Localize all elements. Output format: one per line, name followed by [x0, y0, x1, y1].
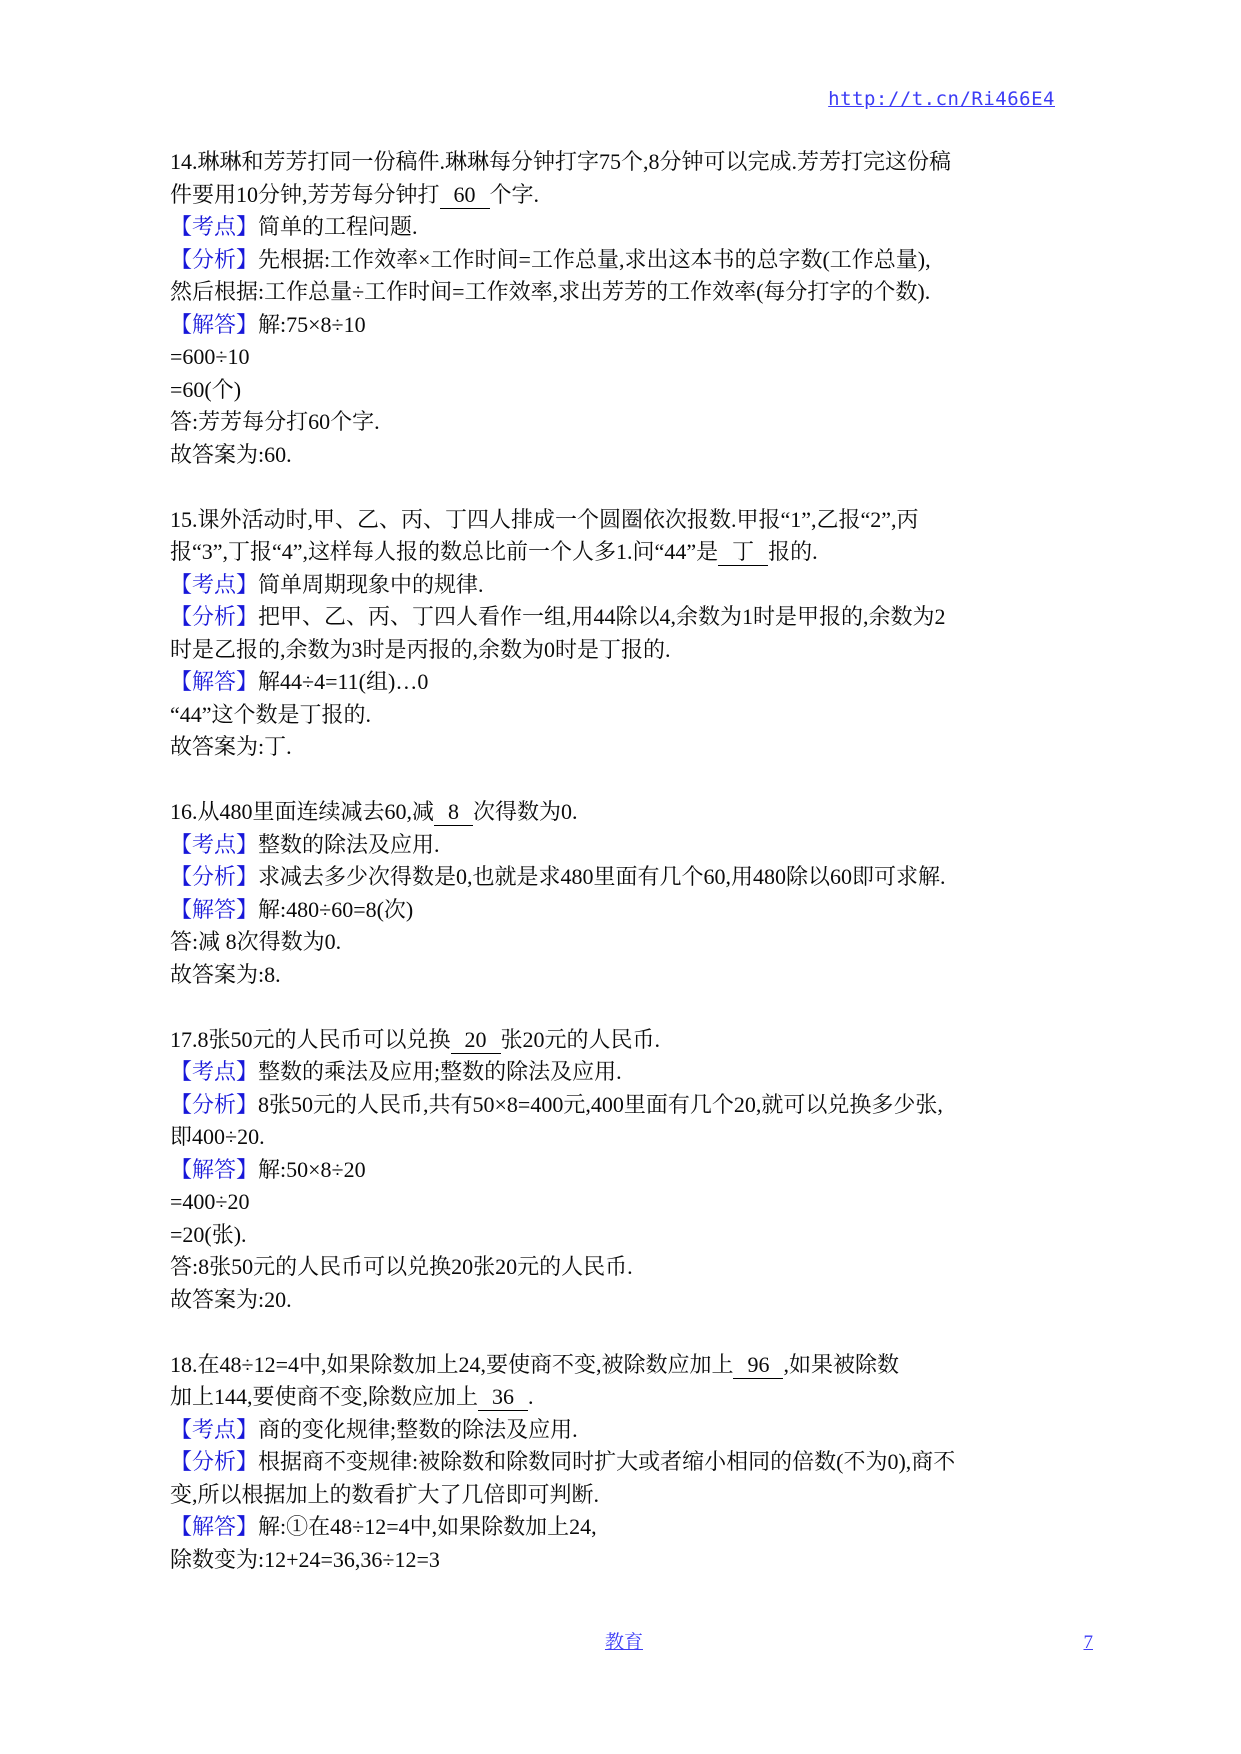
answer-blank: 36 — [478, 1384, 528, 1411]
text-run: 个字. — [490, 182, 540, 207]
section-label: 【解答】 — [170, 312, 258, 337]
section-label: 【分析】 — [170, 864, 258, 889]
text-run: 故答案为:60. — [170, 442, 292, 467]
text-run: 解:50×8÷20 — [258, 1157, 366, 1182]
text-line: =60(个) — [170, 374, 1078, 407]
section-label: 【考点】 — [170, 572, 258, 597]
answer-blank: 96 — [733, 1352, 783, 1379]
section-label: 【解答】 — [170, 1514, 258, 1539]
text-line: 时是乙报的,余数为3时是丙报的,余数为0时是丁报的. — [170, 634, 1078, 667]
text-line: 【解答】解:50×8÷20 — [170, 1154, 1078, 1187]
section-label: 【考点】 — [170, 832, 258, 857]
text-line: =400÷20 — [170, 1186, 1078, 1219]
text-run: 故答案为:20. — [170, 1287, 292, 1312]
text-run: 除数变为:12+24=36,36÷12=3 — [170, 1547, 440, 1572]
text-line: 【分析】求减去多少次得数是0,也就是求480里面有几个60,用480除以60即可… — [170, 861, 1078, 894]
question-16: 16.从480里面连续减去60,减8次得数为0.【考点】整数的除法及应用.【分析… — [170, 796, 1078, 991]
section-label: 【分析】 — [170, 1092, 258, 1117]
page-number-link[interactable]: 7 — [1084, 1631, 1094, 1655]
text-line: 【分析】先根据:工作效率×工作时间=工作总量,求出这本书的总字数(工作总量), — [170, 244, 1078, 277]
text-run: 解44÷4=11(组)…0 — [258, 669, 428, 694]
text-line: 【解答】解:①在48÷12=4中,如果除数加上24, — [170, 1511, 1078, 1544]
text-line: 【解答】解44÷4=11(组)…0 — [170, 666, 1078, 699]
text-line: =20(张). — [170, 1219, 1078, 1252]
text-line: 【分析】把甲、乙、丙、丁四人看作一组,用44除以4,余数为1时是甲报的,余数为2 — [170, 601, 1078, 634]
text-run: =60(个) — [170, 377, 241, 402]
section-label: 【解答】 — [170, 1157, 258, 1182]
text-line: 【考点】简单周期现象中的规律. — [170, 569, 1078, 602]
text-run: 变,所以根据加上的数看扩大了几倍即可判断. — [170, 1482, 599, 1507]
text-run: 解:①在48÷12=4中,如果除数加上24, — [258, 1514, 597, 1539]
text-run: 商的变化规律;整数的除法及应用. — [258, 1417, 578, 1442]
text-run: . — [528, 1384, 534, 1409]
text-line: 故答案为:丁. — [170, 731, 1078, 764]
text-line: 18.在48÷12=4中,如果除数加上24,要使商不变,被除数应加上96,如果被… — [170, 1349, 1078, 1382]
text-run: 次得数为0. — [473, 799, 578, 824]
text-line: 14.琳琳和芳芳打同一份稿件.琳琳每分钟打字75个,8分钟可以完成.芳芳打完这份… — [170, 146, 1078, 179]
answer-blank: 20 — [451, 1027, 501, 1054]
text-run: 15.课外活动时,甲、乙、丙、丁四人排成一个圆圈依次报数.甲报“1”,乙报“2”… — [170, 507, 919, 532]
section-label: 【考点】 — [170, 214, 258, 239]
text-run: 即400÷20. — [170, 1124, 265, 1149]
text-line: 件要用10分钟,芳芳每分钟打60个字. — [170, 179, 1078, 212]
text-run: =20(张). — [170, 1222, 247, 1247]
text-run: 故答案为:丁. — [170, 734, 292, 759]
question-15: 15.课外活动时,甲、乙、丙、丁四人排成一个圆圈依次报数.甲报“1”,乙报“2”… — [170, 504, 1078, 764]
section-label: 【解答】 — [170, 669, 258, 694]
text-run: 求减去多少次得数是0,也就是求480里面有几个60,用480除以60即可求解. — [258, 864, 946, 889]
question-14: 14.琳琳和芳芳打同一份稿件.琳琳每分钟打字75个,8分钟可以完成.芳芳打完这份… — [170, 146, 1078, 471]
text-line: 【考点】整数的除法及应用. — [170, 829, 1078, 862]
questions: 14.琳琳和芳芳打同一份稿件.琳琳每分钟打字75个,8分钟可以完成.芳芳打完这份… — [170, 146, 1078, 1576]
text-line: 【考点】整数的乘法及应用;整数的除法及应用. — [170, 1056, 1078, 1089]
text-run: 张20元的人民币. — [501, 1027, 661, 1052]
text-line: 故答案为:20. — [170, 1284, 1078, 1317]
text-line: 加上144,要使商不变,除数应加上36. — [170, 1381, 1078, 1414]
text-line: 【解答】解:75×8÷10 — [170, 309, 1078, 342]
text-line: 变,所以根据加上的数看扩大了几倍即可判断. — [170, 1479, 1078, 1512]
text-run: 答:减 8次得数为0. — [170, 929, 341, 954]
text-run: 报的. — [768, 539, 818, 564]
footer-education-link[interactable]: 教育 — [170, 1631, 1078, 1655]
text-line: 故答案为:60. — [170, 439, 1078, 472]
text-line: 16.从480里面连续减去60,减8次得数为0. — [170, 796, 1078, 829]
text-run: 时是乙报的,余数为3时是丙报的,余数为0时是丁报的. — [170, 637, 671, 662]
answer-blank: 8 — [434, 799, 473, 826]
text-line: 【考点】简单的工程问题. — [170, 211, 1078, 244]
text-run: 然后根据:工作总量÷工作时间=工作效率,求出芳芳的工作效率(每分打字的个数). — [170, 279, 930, 304]
text-run: 解:75×8÷10 — [258, 312, 366, 337]
text-run: ,如果被除数 — [783, 1352, 899, 1377]
text-line: 即400÷20. — [170, 1121, 1078, 1154]
text-run: 整数的除法及应用. — [258, 832, 440, 857]
section-label: 【解答】 — [170, 897, 258, 922]
document-page: http://t.cn/Ri466E4 14.琳琳和芳芳打同一份稿件.琳琳每分钟… — [0, 0, 1241, 1754]
short-url-link[interactable]: http://t.cn/Ri466E4 — [828, 88, 1055, 110]
text-line: 17.8张50元的人民币可以兑换20张20元的人民币. — [170, 1024, 1078, 1057]
section-label: 【分析】 — [170, 1449, 258, 1474]
section-label: 【分析】 — [170, 604, 258, 629]
text-run: 把甲、乙、丙、丁四人看作一组,用44除以4,余数为1时是甲报的,余数为2 — [258, 604, 946, 629]
section-label: 【考点】 — [170, 1059, 258, 1084]
text-run: =400÷20 — [170, 1189, 249, 1214]
page-footer: 教育 7 — [170, 1631, 1078, 1655]
text-run: “44”这个数是丁报的. — [170, 702, 371, 727]
text-line: 答:8张50元的人民币可以兑换20张20元的人民币. — [170, 1251, 1078, 1284]
text-line: 【分析】根据商不变规律:被除数和除数同时扩大或者缩小相同的倍数(不为0),商不 — [170, 1446, 1078, 1479]
text-run: 8张50元的人民币,共有50×8=400元,400里面有几个20,就可以兑换多少… — [258, 1092, 943, 1117]
text-line: 【考点】商的变化规律;整数的除法及应用. — [170, 1414, 1078, 1447]
text-line: “44”这个数是丁报的. — [170, 699, 1078, 732]
text-run: 报“3”,丁报“4”,这样每人报的数总比前一个人多1.问“44”是 — [170, 539, 718, 564]
text-line: 答:减 8次得数为0. — [170, 926, 1078, 959]
text-run: 加上144,要使商不变,除数应加上 — [170, 1384, 478, 1409]
section-label: 【分析】 — [170, 247, 258, 272]
text-run: 根据商不变规律:被除数和除数同时扩大或者缩小相同的倍数(不为0),商不 — [258, 1449, 955, 1474]
text-run: 14.琳琳和芳芳打同一份稿件.琳琳每分钟打字75个,8分钟可以完成.芳芳打完这份… — [170, 149, 951, 174]
text-line: 【分析】8张50元的人民币,共有50×8=400元,400里面有几个20,就可以… — [170, 1089, 1078, 1122]
text-run: 简单的工程问题. — [258, 214, 418, 239]
text-run: 简单周期现象中的规律. — [258, 572, 484, 597]
question-18: 18.在48÷12=4中,如果除数加上24,要使商不变,被除数应加上96,如果被… — [170, 1349, 1078, 1577]
text-run: 件要用10分钟,芳芳每分钟打 — [170, 182, 440, 207]
text-run: =600÷10 — [170, 344, 249, 369]
text-run: 故答案为:8. — [170, 962, 281, 987]
question-17: 17.8张50元的人民币可以兑换20张20元的人民币.【考点】整数的乘法及应用;… — [170, 1024, 1078, 1317]
text-line: 然后根据:工作总量÷工作时间=工作效率,求出芳芳的工作效率(每分打字的个数). — [170, 276, 1078, 309]
text-run: 解:480÷60=8(次) — [258, 897, 413, 922]
text-line: =600÷10 — [170, 341, 1078, 374]
section-label: 【考点】 — [170, 1417, 258, 1442]
text-line: 故答案为:8. — [170, 959, 1078, 992]
text-run: 答:芳芳每分打60个字. — [170, 409, 380, 434]
text-line: 【解答】解:480÷60=8(次) — [170, 894, 1078, 927]
text-line: 15.课外活动时,甲、乙、丙、丁四人排成一个圆圈依次报数.甲报“1”,乙报“2”… — [170, 504, 1078, 537]
answer-blank: 丁 — [718, 539, 768, 566]
text-run: 17.8张50元的人民币可以兑换 — [170, 1027, 451, 1052]
text-line: 报“3”,丁报“4”,这样每人报的数总比前一个人多1.问“44”是丁报的. — [170, 536, 1078, 569]
text-run: 18.在48÷12=4中,如果除数加上24,要使商不变,被除数应加上 — [170, 1352, 733, 1377]
text-run: 先根据:工作效率×工作时间=工作总量,求出这本书的总字数(工作总量), — [258, 247, 931, 272]
text-run: 答:8张50元的人民币可以兑换20张20元的人民币. — [170, 1254, 633, 1279]
answer-blank: 60 — [440, 182, 490, 209]
text-run: 16.从480里面连续减去60,减 — [170, 799, 434, 824]
text-run: 整数的乘法及应用;整数的除法及应用. — [258, 1059, 622, 1084]
text-line: 答:芳芳每分打60个字. — [170, 406, 1078, 439]
text-line: 除数变为:12+24=36,36÷12=3 — [170, 1544, 1078, 1577]
